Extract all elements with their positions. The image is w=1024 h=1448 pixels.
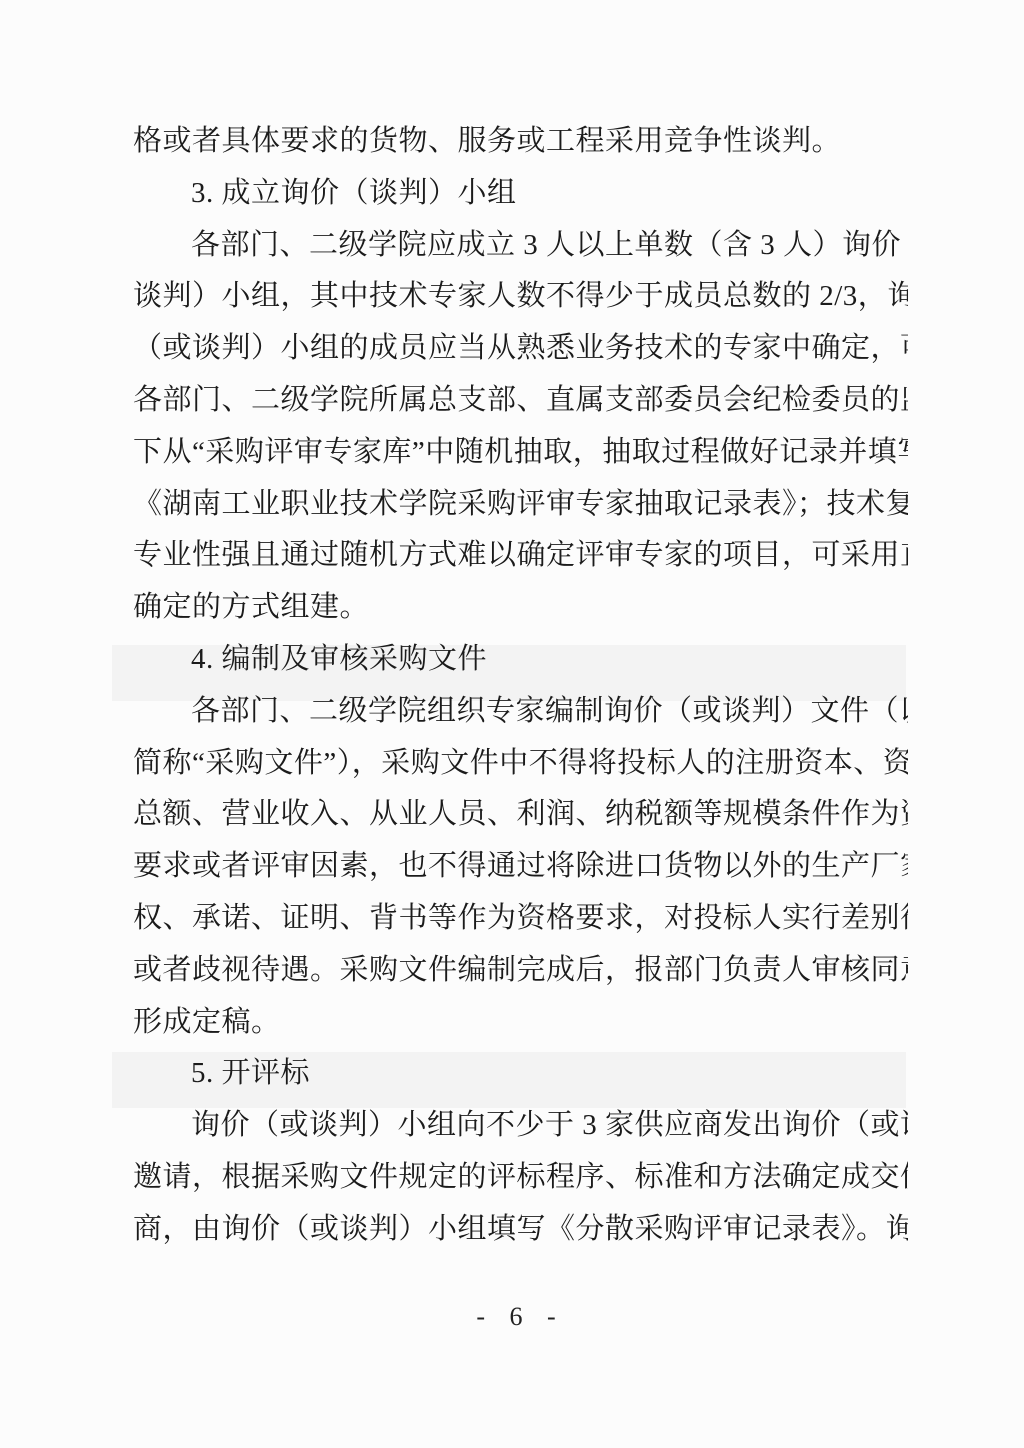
text-line: 询价（或谈判）小组向不少于 3 家供应商发出询价（或谈判） — [133, 1100, 908, 1152]
text-line: 总额、营业收入、从业人员、利润、纳税额等规模条件作为资格 — [133, 789, 908, 841]
document-page: 格或者具体要求的货物、服务或工程采用竞争性谈判。 3. 成立询价（谈判）小组 各… — [0, 0, 1024, 1448]
section-heading: 4. 编制及审核采购文件 — [133, 634, 908, 686]
text-line: 要求或者评审因素，也不得通过将除进口货物以外的生产厂家授 — [133, 841, 908, 893]
text-line: 专业性强且通过随机方式难以确定评审专家的项目，可采用直接 — [133, 530, 908, 582]
text-line: 谈判）小组，其中技术专家人数不得少于成员总数的 2/3，询价 — [133, 271, 908, 323]
text-line: 商，由询价（或谈判）小组填写《分散采购评审记录表》。询价是 — [133, 1204, 908, 1256]
text-line: 各部门、二级学院所属总支部、直属支部委员会纪检委员的监督 — [133, 375, 908, 427]
text-line: 邀请，根据采购文件规定的评标程序、标准和方法确定成交供应 — [133, 1152, 908, 1204]
page-number: - 6 - — [133, 1297, 908, 1337]
text-line: 形成定稿。 — [133, 997, 908, 1049]
text-line: 权、承诺、证明、背书等作为资格要求，对投标人实行差别待遇 — [133, 893, 908, 945]
text-line: 格或者具体要求的货物、服务或工程采用竞争性谈判。 — [133, 116, 908, 168]
text-line: 下从“采购评审专家库”中随机抽取，抽取过程做好记录并填写 — [133, 427, 908, 479]
text-line: 各部门、二级学院组织专家编制询价（或谈判）文件（以下 — [133, 686, 908, 738]
text-line: （或谈判）小组的成员应当从熟悉业务技术的专家中确定，可在 — [133, 323, 908, 375]
text-line: 确定的方式组建。 — [133, 582, 908, 634]
section-heading: 3. 成立询价（谈判）小组 — [133, 168, 908, 220]
text-line: 各部门、二级学院应成立 3 人以上单数（含 3 人）询价（或 — [133, 220, 908, 272]
text-line: 简称“采购文件”），采购文件中不得将投标人的注册资本、资产 — [133, 738, 908, 790]
text-line: 或者歧视待遇。采购文件编制完成后，报部门负责人审核同意后 — [133, 945, 908, 997]
document-body: 格或者具体要求的货物、服务或工程采用竞争性谈判。 3. 成立询价（谈判）小组 各… — [133, 116, 908, 1256]
section-heading: 5. 开评标 — [133, 1048, 908, 1100]
text-line: 《湖南工业职业技术学院采购评审专家抽取记录表》；技术复杂、 — [133, 479, 908, 531]
